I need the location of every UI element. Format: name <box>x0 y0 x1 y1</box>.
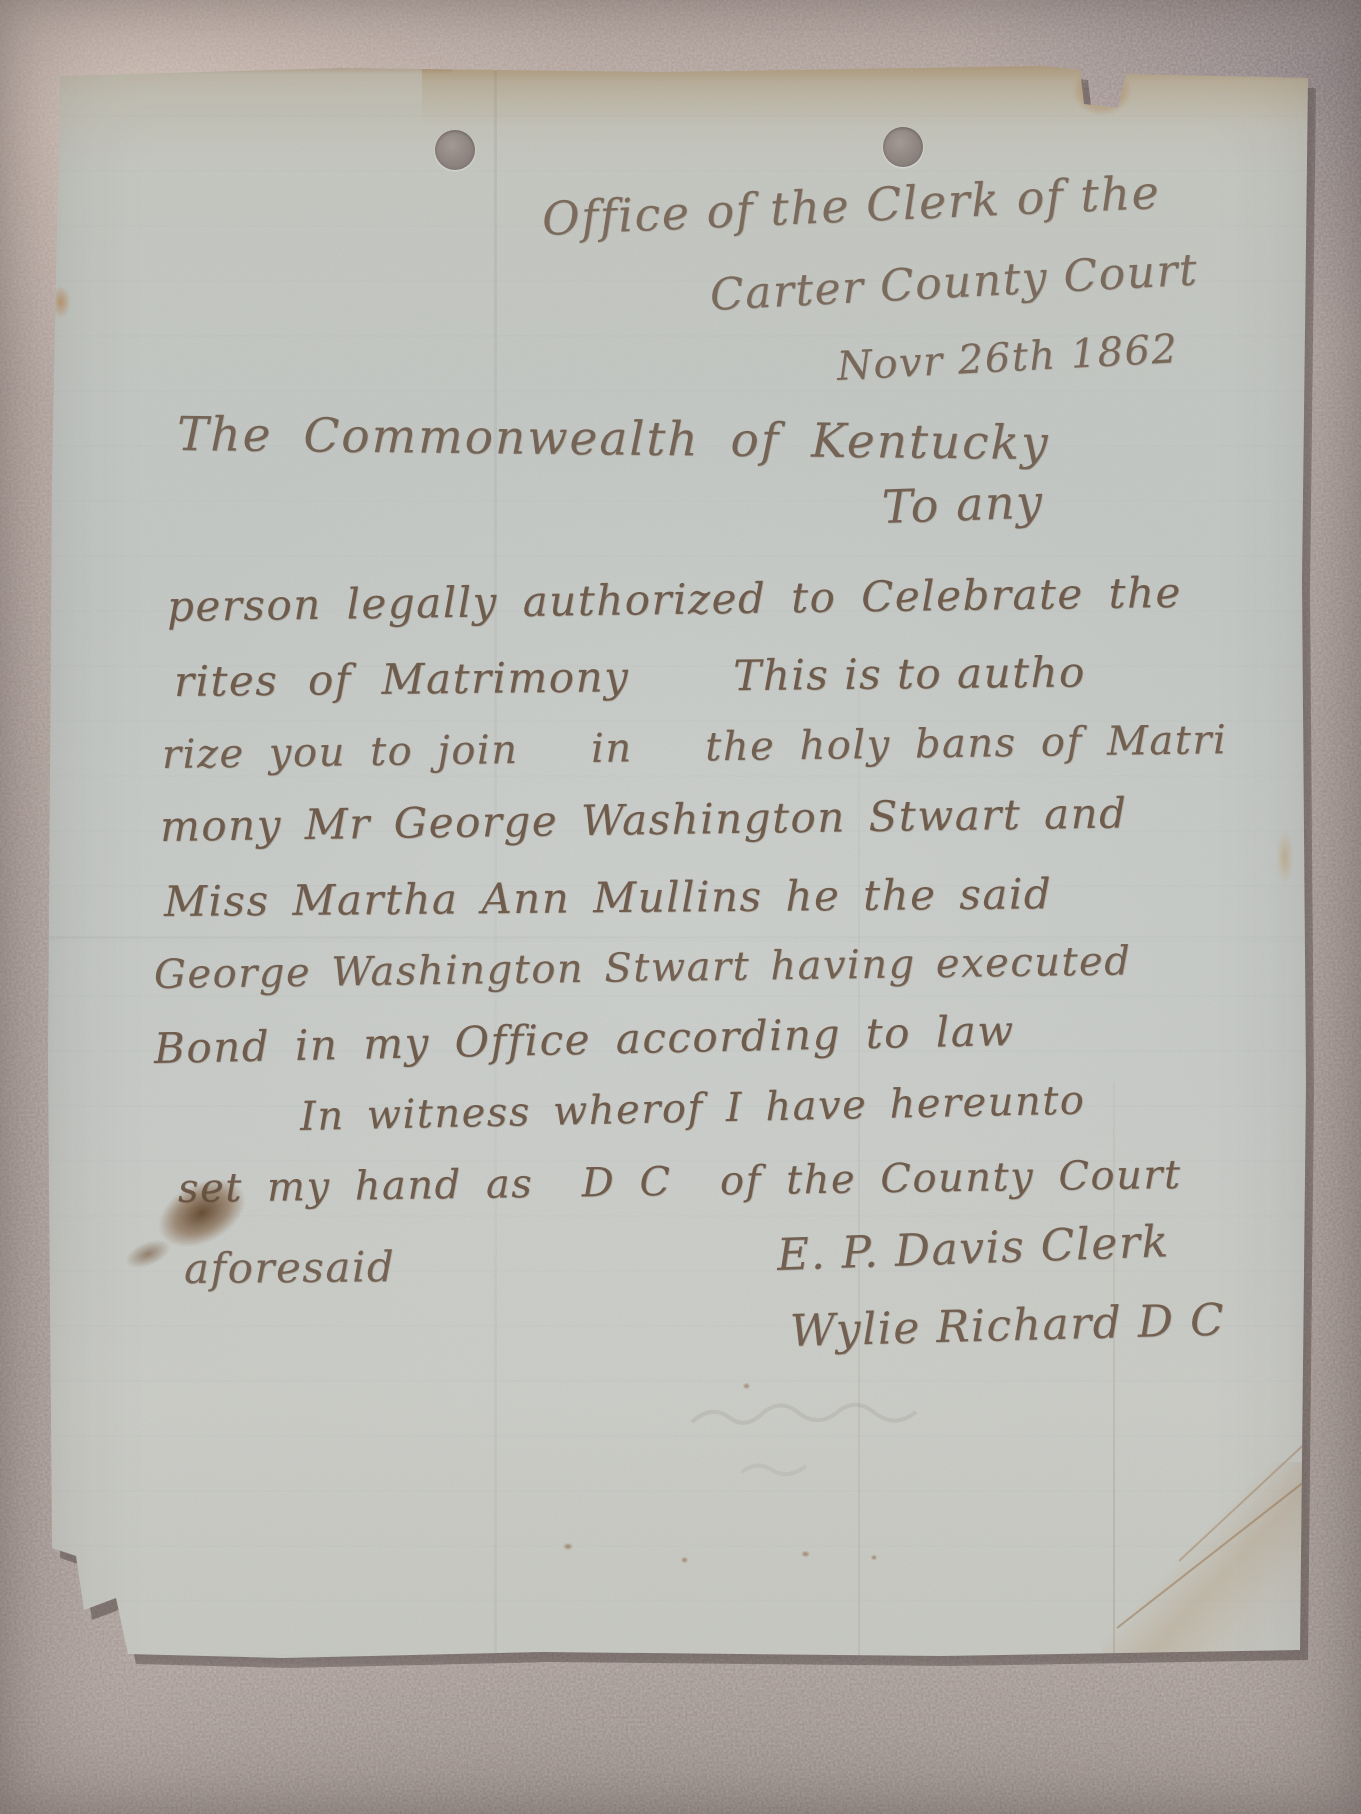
ruled-lines <box>42 62 1312 1664</box>
body-line-bride-name: Miss Martha Ann Mullins he the said <box>164 869 1053 926</box>
vertical-fold-crease <box>494 62 497 1664</box>
edge-stain <box>1274 822 1296 892</box>
attestation-line: set my hand as D C of the County Court <box>178 1152 1182 1212</box>
photograph-of-document: Office of the Clerk of the Carter County… <box>0 0 1361 1814</box>
punch-hole-icon <box>435 130 475 170</box>
body-line: person legally authorized to Celebrate t… <box>167 568 1183 631</box>
salutation-line: To any <box>881 474 1044 534</box>
commonwealth-line: The Commonwealth of Kentucky <box>177 407 1050 471</box>
torn-chip-stain <box>1072 66 1132 116</box>
clerk-signature: E. P. Davis Clerk <box>776 1216 1170 1281</box>
foxing-speck <box>870 1554 878 1561</box>
attestation-line: aforesaid <box>184 1242 396 1293</box>
top-edge-stain <box>422 62 1312 126</box>
corner-crease <box>1178 1443 1305 1562</box>
ink-show-through-marks <box>682 1392 1042 1512</box>
punch-hole-icon <box>883 127 923 167</box>
body-line: George Washington Stwart having executed <box>154 938 1132 998</box>
attestation-line: In witness wherof I have hereunto <box>300 1078 1086 1140</box>
corner-water-stain <box>1102 1462 1332 1682</box>
foxing-speck <box>800 1550 811 1558</box>
foxing-speck <box>680 1556 689 1564</box>
document-paper: Office of the Clerk of the Carter County… <box>42 62 1312 1664</box>
body-line: Bond in my Office according to law <box>153 1006 1015 1073</box>
rust-stain <box>48 280 74 324</box>
ink-blot-stain <box>117 1231 179 1278</box>
foxing-speck <box>742 1382 751 1390</box>
foxing-speck <box>562 1542 574 1551</box>
date-line: Novr 26th 1862 <box>836 326 1180 390</box>
corner-crease <box>1116 1481 1305 1629</box>
header-court-line: Carter County Court <box>709 244 1200 321</box>
body-line: rites of Matrimony This is to autho <box>174 647 1086 706</box>
deputy-clerk-signature: Wylie Richard D C <box>789 1295 1226 1357</box>
body-line-groom-name: mony Mr George Washington Stwart and <box>160 788 1128 851</box>
body-line: rize you to join in the holy bans of Mat… <box>162 717 1228 778</box>
top-edge-stain <box>122 62 452 74</box>
header-office-line: Office of the Clerk of the <box>541 165 1161 246</box>
